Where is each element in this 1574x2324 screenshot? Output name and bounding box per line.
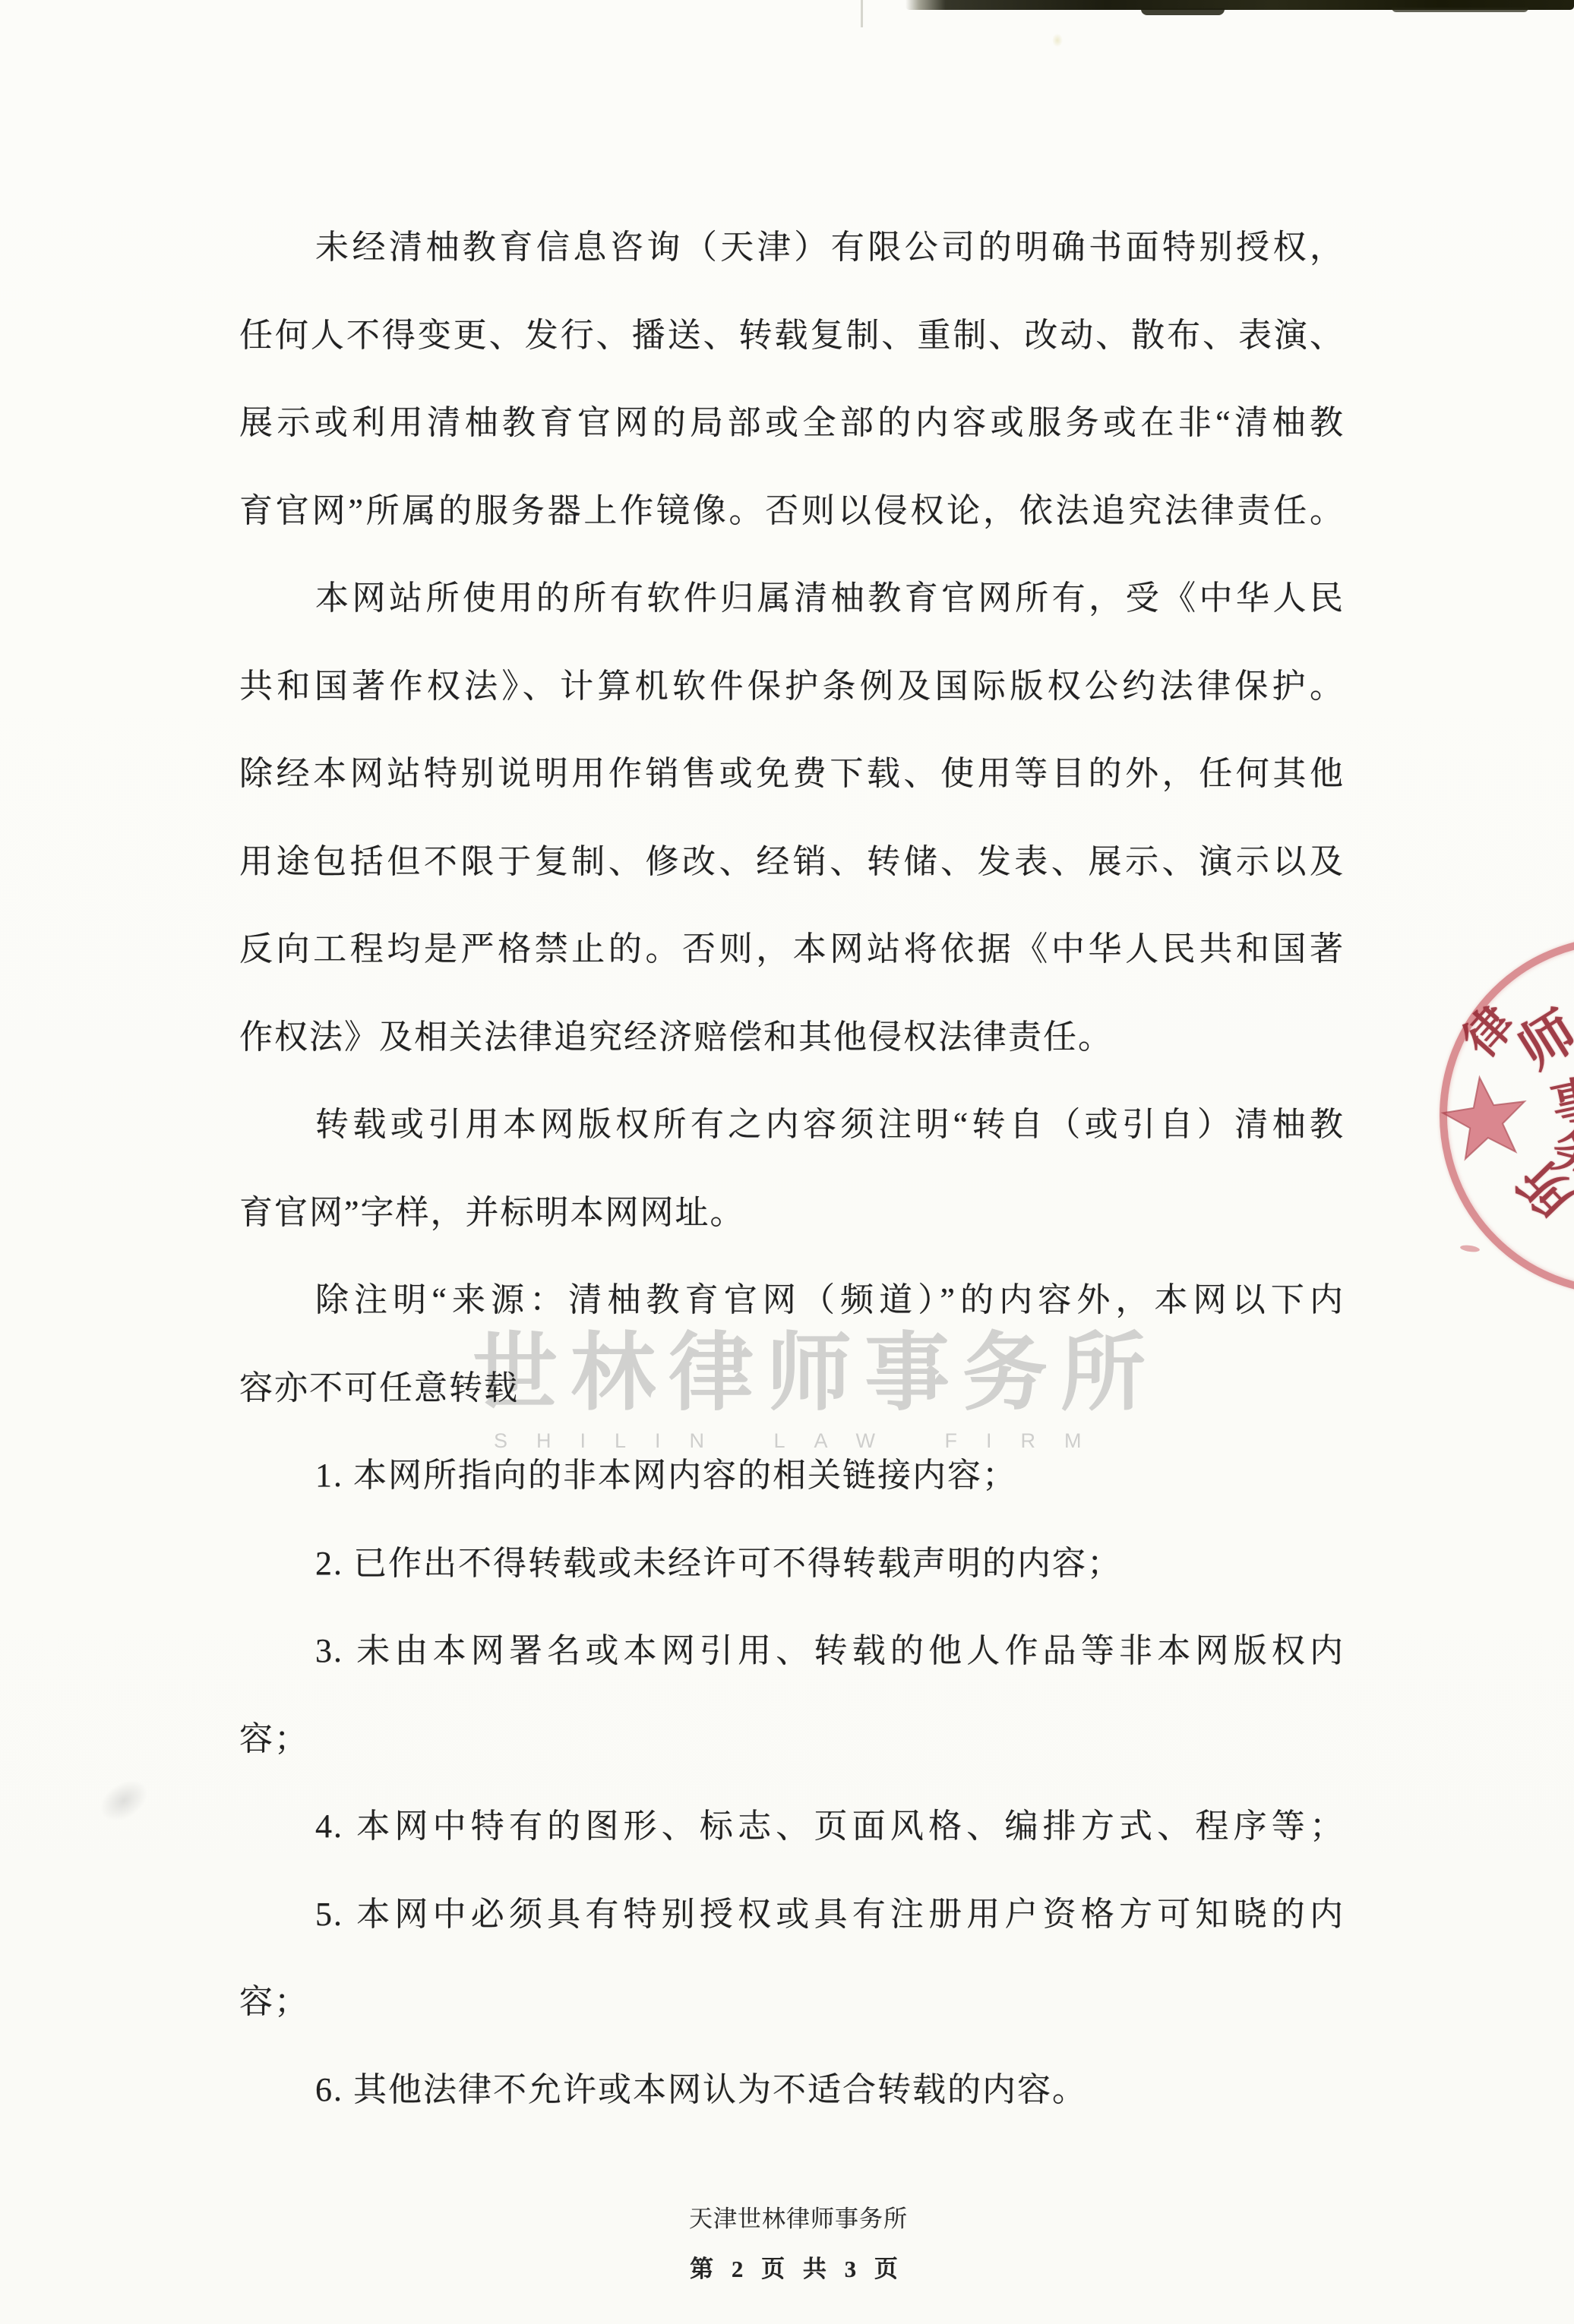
document-body: 未经清柚教育信息咨询（天津）有限公司的明确书面特别授权， 任何人不得变更、发行、… — [239, 204, 1345, 2133]
red-star-icon — [1437, 1069, 1534, 1167]
text-line: 转载或引用本网版权所有之内容须注明“转自（或引自）清柚教 — [239, 1081, 1345, 1169]
text-line: 反向工程均是严格禁止的。否则，本网站将依据《中华人民共和国著 — [239, 905, 1345, 993]
text-line: 1. 本网所指向的非本网内容的相关链接内容； — [239, 1432, 1345, 1520]
text-line: 6. 其他法律不允许或本网认为不适合转载的内容。 — [239, 2046, 1345, 2134]
seal-ink-speck — [1460, 1244, 1481, 1253]
text-line: 容亦不可任意转载 — [239, 1344, 1345, 1432]
text-line: 共和国著作权法》、计算机软件保护条例及国际版权公约法律保护。 — [239, 643, 1345, 731]
text-line: 展示或利用清柚教育官网的局部或全部的内容或服务或在非“清柚教 — [239, 379, 1345, 467]
text-line: 3. 未由本网署名或本网引用、转载的他人作品等非本网版权内 — [239, 1607, 1345, 1695]
scan-artifact-vertical-line — [861, 0, 863, 27]
scan-smudge — [92, 1771, 156, 1830]
scan-artifact-top-blob-2 — [1392, 8, 1528, 12]
text-line: 本网站所使用的所有软件归属清柚教育官网所有，受《中华人民 — [239, 554, 1345, 643]
document-page: 世林律师事务所 SHILIN LAW FIRM 未经清柚教育信息咨询（天津）有限… — [0, 0, 1574, 2324]
text-line: 任何人不得变更、发行、播送、转载复制、重制、改动、散布、表演、 — [239, 292, 1345, 380]
scan-artifact-top-blob — [1141, 8, 1225, 15]
scan-artifact-dot — [1052, 33, 1063, 47]
footer-firm-name: 天津世林律师事务所 — [0, 2199, 1574, 2234]
text-line: 用途包括但不限于复制、修改、经销、转储、发表、展示、演示以及 — [239, 818, 1345, 906]
text-line: 4. 本网中特有的图形、标志、页面风格、编排方式、程序等； — [239, 1782, 1345, 1871]
text-line: 容； — [239, 1695, 1345, 1783]
text-line: 作权法》及相关法律追究经济赔偿和其他侵权法律责任。 — [239, 993, 1345, 1081]
text-line: 育官网”所属的服务器上作镜像。否则以侵权论，依法追究法律责任。 — [239, 467, 1345, 555]
text-line: 容； — [239, 1958, 1345, 2046]
scanned-legal-document: { "body": { "lines": [ "未经清柚教育信息咨询（天津）有限… — [0, 0, 1574, 2324]
text-line: 除注明“来源：清柚教育官网（频道）”的内容外，本网以下内 — [239, 1256, 1345, 1344]
footer-page-number: 第 2 页 共 3 页 — [0, 2250, 1574, 2284]
text-line: 除经本网站特别说明用作销售或免费下载、使用等目的外，任何其他 — [239, 730, 1345, 818]
text-line: 5. 本网中必须具有特别授权或具有注册用户资格方可知晓的内 — [239, 1871, 1345, 1959]
text-line: 2. 已作出不得转载或未经许可不得转载声明的内容； — [239, 1520, 1345, 1608]
text-line: 育官网”字样，并标明本网网址。 — [239, 1169, 1345, 1257]
text-line: 未经清柚教育信息咨询（天津）有限公司的明确书面特别授权， — [239, 204, 1345, 292]
